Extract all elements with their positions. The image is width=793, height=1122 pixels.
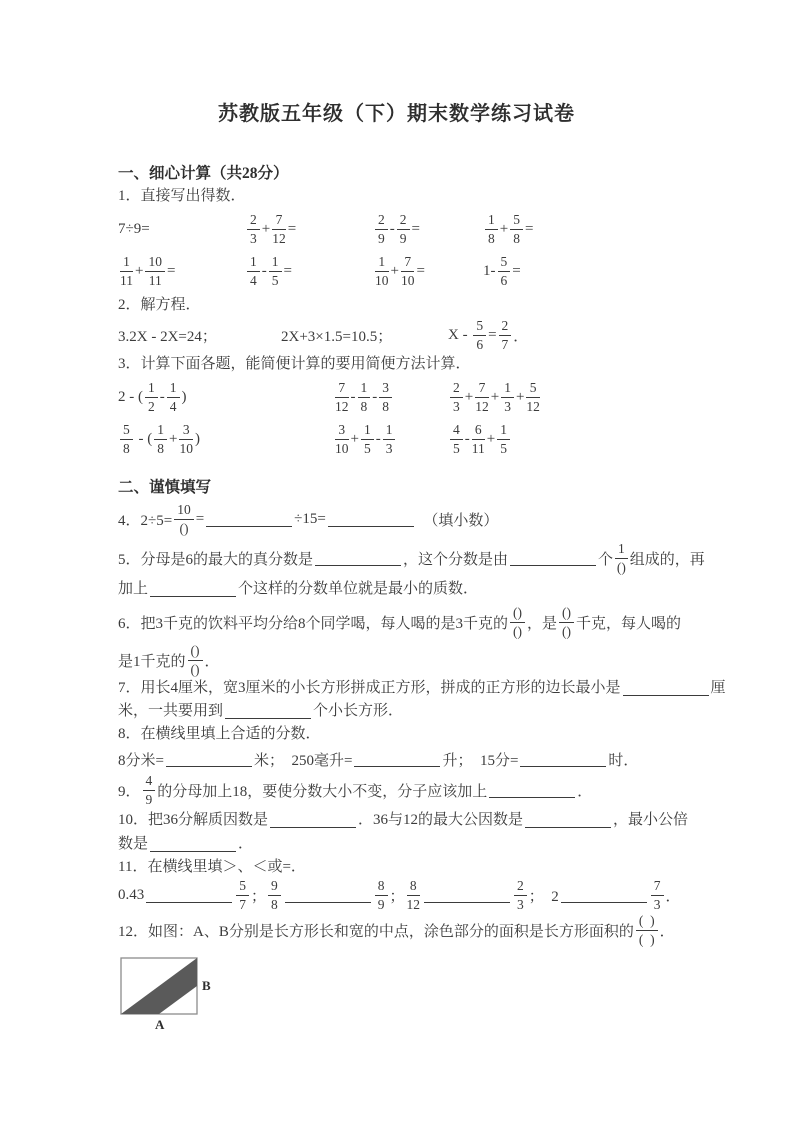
exam-page: 苏教版五年级（下）期末数学练习试卷 一、细心计算（共28分） 1．直接写出得数．… bbox=[0, 0, 793, 1122]
question4-line: 4．2÷5=10()=÷15= （填小数） bbox=[118, 499, 753, 539]
blank-line bbox=[225, 704, 311, 719]
question1-row2: 111+1011= 14-15= 110+710= 1-56= bbox=[118, 250, 753, 292]
fraction: 10() bbox=[174, 503, 194, 535]
fraction: 56 bbox=[498, 255, 511, 287]
blank-line bbox=[150, 837, 236, 852]
fraction: 73 bbox=[651, 879, 664, 911]
question3-row2: 58 - (18+310) 310+15-13 45-611+15 bbox=[118, 418, 753, 460]
question2-label: 2．解方程． bbox=[118, 294, 753, 317]
blank-line bbox=[520, 752, 606, 767]
blank-line bbox=[354, 752, 440, 767]
fraction: 12 bbox=[145, 381, 158, 413]
fraction: 15 bbox=[269, 255, 282, 287]
label-b: B bbox=[202, 978, 211, 993]
fraction: 15 bbox=[497, 423, 510, 455]
fraction: ()() bbox=[188, 644, 203, 676]
fraction: 13 bbox=[383, 423, 396, 455]
fraction: 712 bbox=[475, 381, 489, 413]
fraction: 14 bbox=[167, 381, 180, 413]
fraction: 13 bbox=[501, 381, 514, 413]
fraction: 58 bbox=[120, 423, 133, 455]
fraction: 310 bbox=[179, 423, 193, 455]
section1-heading: 一、细心计算（共28分） bbox=[118, 162, 753, 185]
fraction: 57 bbox=[236, 879, 249, 911]
fraction: 23 bbox=[247, 213, 260, 245]
equation: 3.2X - 2X=24； bbox=[118, 325, 281, 346]
blank-line bbox=[561, 888, 647, 903]
math-expression: 712-18-38 bbox=[333, 381, 448, 413]
fraction: ()() bbox=[510, 606, 525, 638]
question1-row1: 7÷9= 23+712= 29-29= 18+58= bbox=[118, 208, 753, 250]
fraction: 18 bbox=[485, 213, 498, 245]
question6-line2: 是1千克的()()． bbox=[118, 643, 753, 677]
fraction: 29 bbox=[397, 213, 410, 245]
math-expression: 29-29= bbox=[373, 213, 483, 245]
blank-line bbox=[328, 512, 414, 527]
question7-line1: 7．用长4厘米，宽3厘米的小长方形拼成正方形，拼成的正方形的边长最小是厘 bbox=[118, 677, 753, 700]
fraction: 512 bbox=[526, 381, 540, 413]
question1-label: 1．直接写出得数． bbox=[118, 185, 753, 208]
fraction: 23 bbox=[450, 381, 463, 413]
blank-line bbox=[510, 551, 596, 566]
figure-canvas: B A bbox=[118, 953, 230, 1033]
section2-heading: 二、谨慎填写 bbox=[118, 476, 753, 499]
blank-line bbox=[146, 888, 232, 903]
fraction: 611 bbox=[472, 423, 485, 455]
fraction: 14 bbox=[247, 255, 260, 287]
fraction: 111 bbox=[120, 255, 133, 287]
fraction: 23 bbox=[514, 879, 527, 911]
label-a: A bbox=[155, 1017, 165, 1032]
blank-line bbox=[623, 681, 709, 696]
blank-line bbox=[489, 783, 575, 798]
blank-line bbox=[270, 813, 356, 828]
math-expression: 23+712= bbox=[245, 213, 373, 245]
fraction: 712 bbox=[335, 381, 349, 413]
fraction: 310 bbox=[335, 423, 349, 455]
question8-label: 8．在横线里填上合适的分数． bbox=[118, 723, 753, 746]
question6-line1: 6．把3千克的饮料平均分给8个同学喝，每人喝的是3千克的()()，是()()千克… bbox=[118, 601, 753, 643]
equation: 2X+3×1.5=10.5； bbox=[281, 325, 448, 346]
blank-line bbox=[150, 582, 236, 597]
fraction: 29 bbox=[375, 213, 388, 245]
math-expression: 45-611+15 bbox=[448, 423, 753, 455]
fraction: 1011 bbox=[145, 255, 165, 287]
fraction: 58 bbox=[510, 213, 523, 245]
math-expression: 310+15-13 bbox=[333, 423, 448, 455]
question10-line2: 数是． bbox=[118, 832, 753, 856]
question12-line: 12．如图：A、B分别是长方形长和宽的中点，涂色部分的面积是长方形面积的( )(… bbox=[118, 911, 753, 949]
fraction: 49 bbox=[143, 774, 156, 806]
question3-row1: 2 - (12-14) 712-18-38 23+712+13+512 bbox=[118, 376, 753, 418]
blank-line bbox=[206, 512, 292, 527]
math-expression: 7÷9= bbox=[118, 221, 245, 238]
blank-line bbox=[525, 813, 611, 828]
fraction: 38 bbox=[379, 381, 392, 413]
math-expression: 18+58= bbox=[483, 213, 753, 245]
equation: X - 56=27． bbox=[448, 319, 753, 351]
fraction: 712 bbox=[272, 213, 286, 245]
fraction: 45 bbox=[450, 423, 463, 455]
fraction: ( )( ) bbox=[636, 914, 658, 946]
question11-label: 11．在横线里填＞、＜或=． bbox=[118, 856, 753, 879]
fraction: 56 bbox=[473, 319, 486, 351]
blank-line bbox=[166, 752, 252, 767]
page-title: 苏教版五年级（下）期末数学练习试卷 bbox=[0, 0, 793, 126]
question11-line: 0.4357；9889；81223； 273． bbox=[118, 879, 753, 911]
fraction: 110 bbox=[375, 255, 389, 287]
fraction: 15 bbox=[361, 423, 374, 455]
question3-label: 3．计算下面各题，能简便计算的要用简便方法计算． bbox=[118, 353, 753, 376]
fraction: 18 bbox=[358, 381, 371, 413]
question8-line: 8分米=米； 250毫升=升； 15分=时． bbox=[118, 746, 753, 772]
question10-line1: 10．把36分解质因数是．36与12的最大公因数是，最小公倍 bbox=[118, 808, 753, 832]
fraction: 710 bbox=[401, 255, 415, 287]
question5-line1: 5．分母是6的最大的真分数是，这个分数是由个1()组成的，再 bbox=[118, 539, 753, 577]
math-expression: 14-15= bbox=[245, 255, 373, 287]
math-expression: 23+712+13+512 bbox=[448, 381, 753, 413]
blank-line bbox=[424, 888, 510, 903]
rectangle-figure: B A bbox=[118, 953, 753, 1033]
fraction: 27 bbox=[499, 319, 512, 351]
math-expression: 1-56= bbox=[483, 255, 753, 287]
fraction: 812 bbox=[407, 879, 421, 911]
question2-row: 3.2X - 2X=24； 2X+3×1.5=10.5； X - 56=27． bbox=[118, 317, 753, 353]
fraction: 98 bbox=[268, 879, 281, 911]
fraction: 1() bbox=[615, 542, 628, 574]
question5-line2: 加上个这样的分数单位就是最小的质数． bbox=[118, 577, 753, 601]
fraction: 18 bbox=[154, 423, 167, 455]
fraction: 89 bbox=[375, 879, 388, 911]
math-expression: 111+1011= bbox=[118, 255, 245, 287]
question9-line: 9．49的分母加上18，要使分数大小不变，分子应该加上． bbox=[118, 772, 753, 808]
fraction: ()() bbox=[559, 606, 574, 638]
math-expression: 58 - (18+310) bbox=[118, 423, 333, 455]
blank-line bbox=[285, 888, 371, 903]
content: 一、细心计算（共28分） 1．直接写出得数． 7÷9= 23+712= 29-2… bbox=[0, 162, 793, 1033]
math-expression: 2 - (12-14) bbox=[118, 381, 333, 413]
math-expression: 110+710= bbox=[373, 255, 483, 287]
blank-line bbox=[315, 551, 401, 566]
question7-line2: 米，一共要用到个小长方形． bbox=[118, 700, 753, 723]
